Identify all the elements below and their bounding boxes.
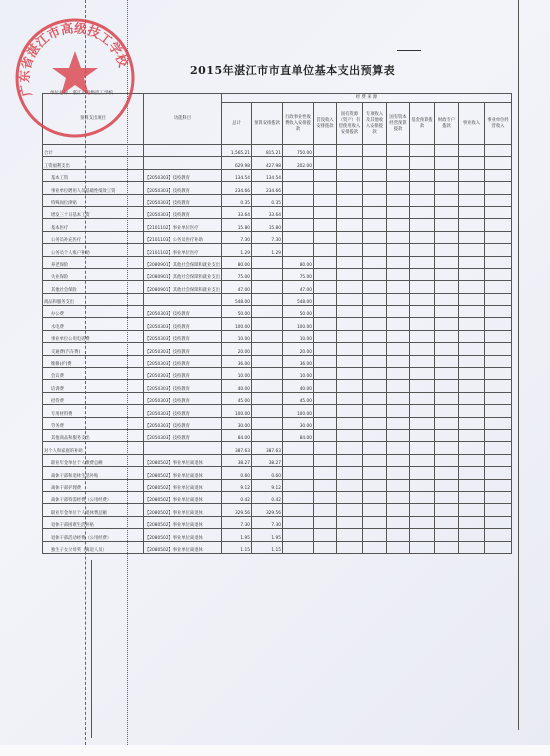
row-value <box>387 355 410 367</box>
row-value <box>252 429 283 441</box>
row-value: 134.54 <box>252 169 283 181</box>
row-value <box>363 405 387 417</box>
header-item: 预算支出项目 <box>43 94 144 145</box>
row-value <box>410 529 435 541</box>
row-item-label: 养老保险 <box>43 256 144 268</box>
row-value <box>314 442 337 454</box>
row-value <box>459 244 485 256</box>
row-value: 0.60 <box>222 467 252 479</box>
row-value: 10.00 <box>283 368 314 380</box>
row-value <box>410 256 435 268</box>
column-header: 财政专户拨款 <box>435 103 459 145</box>
table-row: 办公费【2050303】技校教育50.0050.00 <box>43 306 512 318</box>
table-row: 离休干部和退休生活补贴【2080502】事业单位离退休0.600.60 <box>43 467 512 479</box>
row-value <box>459 206 485 218</box>
row-value <box>410 516 435 528</box>
row-value: 9.12 <box>252 479 283 491</box>
row-value <box>435 479 459 491</box>
table-row: 合计1,565.21815.21750.00 <box>43 145 512 157</box>
row-value <box>387 219 410 231</box>
row-value <box>387 467 410 479</box>
table-row: 其他商品和服务支出【2050303】技校教育84.0084.00 <box>43 429 512 441</box>
row-value: 15.80 <box>252 219 283 231</box>
row-value: 1.15 <box>252 541 283 553</box>
row-item-label: 特殊岗位津贴 <box>43 194 144 206</box>
scan-margin <box>0 745 550 756</box>
row-value <box>410 219 435 231</box>
row-value <box>485 244 512 256</box>
row-value <box>459 169 485 181</box>
row-value: 234.66 <box>252 182 283 194</box>
row-function-code: 【2050303】技校教育 <box>144 417 222 429</box>
row-value: 387.63 <box>222 442 252 454</box>
row-value: 47.00 <box>222 281 252 293</box>
row-value: 38.27 <box>222 454 252 466</box>
row-value <box>337 194 363 206</box>
row-value <box>363 516 387 528</box>
row-value <box>485 306 512 318</box>
row-value <box>314 219 337 231</box>
row-value <box>363 157 387 169</box>
row-value <box>337 318 363 330</box>
row-value <box>337 268 363 280</box>
row-item-label: 会议费 <box>43 368 144 380</box>
row-value <box>252 417 283 429</box>
row-value: 7.30 <box>252 516 283 528</box>
row-value <box>283 219 314 231</box>
row-value: 329.56 <box>222 504 252 516</box>
row-value <box>459 454 485 466</box>
row-value: 80.00 <box>283 256 314 268</box>
row-value <box>337 244 363 256</box>
row-value <box>363 169 387 181</box>
row-item-label: 职业年金单位个人缴费总额 <box>43 454 144 466</box>
row-value <box>387 169 410 181</box>
row-value <box>459 491 485 503</box>
row-value <box>387 491 410 503</box>
row-function-code: 【2050303】技校教育 <box>144 306 222 318</box>
row-value <box>283 206 314 218</box>
row-function-code <box>144 157 222 169</box>
row-item-label: 退休干部困难生活补贴 <box>43 516 144 528</box>
row-value <box>314 368 337 380</box>
row-value <box>410 318 435 330</box>
row-value <box>252 330 283 342</box>
row-value <box>459 479 485 491</box>
column-header: 国有资源（资产）有偿使用收入安排拨款 <box>337 103 363 145</box>
row-value <box>410 442 435 454</box>
row-value: 30.00 <box>222 417 252 429</box>
row-value <box>459 157 485 169</box>
row-value <box>363 206 387 218</box>
row-item-label: 独生子女父母奖（离退人员） <box>43 541 144 553</box>
row-value <box>337 491 363 503</box>
row-value <box>410 231 435 243</box>
row-value <box>387 429 410 441</box>
row-value <box>459 368 485 380</box>
row-value <box>387 206 410 218</box>
row-value <box>337 529 363 541</box>
row-value <box>485 467 512 479</box>
row-value <box>363 479 387 491</box>
row-value <box>435 231 459 243</box>
row-function-code: 【2101102】事业单位医疗 <box>144 244 222 256</box>
row-value <box>485 529 512 541</box>
row-value <box>314 417 337 429</box>
row-value <box>363 244 387 256</box>
row-value <box>485 330 512 342</box>
row-item-label: 其他商品和服务支出 <box>43 429 144 441</box>
row-value <box>314 169 337 181</box>
row-value <box>387 380 410 392</box>
row-value <box>410 281 435 293</box>
row-value <box>363 491 387 503</box>
row-value: 629.98 <box>222 157 252 169</box>
row-item-label: 劳务费 <box>43 417 144 429</box>
row-value <box>435 145 459 157</box>
row-value: 20.00 <box>222 343 252 355</box>
row-value <box>410 504 435 516</box>
row-value <box>283 194 314 206</box>
row-value <box>435 318 459 330</box>
row-value: 40.00 <box>222 380 252 392</box>
table-row: 招待费【2050303】技校教育45.0045.00 <box>43 392 512 404</box>
row-value <box>283 244 314 256</box>
row-value <box>485 318 512 330</box>
row-item-label: 离休干部护理费 <box>43 479 144 491</box>
row-value <box>314 194 337 206</box>
row-value: 36.00 <box>222 355 252 367</box>
row-value <box>410 182 435 194</box>
row-value <box>387 281 410 293</box>
row-value: 100.00 <box>222 405 252 417</box>
row-value <box>435 392 459 404</box>
column-header: 罚没收入安排拨款 <box>314 103 337 145</box>
row-item-label: 其他社会保险 <box>43 281 144 293</box>
row-value <box>314 330 337 342</box>
row-value <box>459 392 485 404</box>
table-row: 养老保险【2080901】其他社会保障和就业支出80.0080.00 <box>43 256 512 268</box>
row-value <box>459 182 485 194</box>
table-row: 增发三十日基本工资【2050303】技校教育33.6433.64 <box>43 206 512 218</box>
row-value <box>435 442 459 454</box>
row-function-code <box>144 442 222 454</box>
row-value <box>485 343 512 355</box>
row-value <box>435 169 459 181</box>
row-value <box>435 380 459 392</box>
row-function-code: 【2050303】技校教育 <box>144 368 222 380</box>
row-value <box>252 392 283 404</box>
row-value <box>314 256 337 268</box>
row-value <box>485 429 512 441</box>
row-value: 7.30 <box>222 516 252 528</box>
row-value <box>459 231 485 243</box>
row-value <box>435 541 459 553</box>
table-row: 特殊岗位津贴【2050303】技校教育0.350.35 <box>43 194 512 206</box>
table-row: 离休干部特需经费（公用经费）【2080502】事业单位离退休0.420.42 <box>43 491 512 503</box>
row-value <box>363 392 387 404</box>
row-value: 33.64 <box>222 206 252 218</box>
row-value: 7.30 <box>252 231 283 243</box>
row-value <box>435 330 459 342</box>
row-value <box>459 293 485 305</box>
row-value <box>363 194 387 206</box>
row-value <box>435 504 459 516</box>
row-value <box>283 541 314 553</box>
row-value <box>410 330 435 342</box>
row-value <box>410 268 435 280</box>
row-value: 329.56 <box>252 504 283 516</box>
table-row: 独生子女父母奖（离退人员）【2080502】事业单位离退休1.151.15 <box>43 541 512 553</box>
row-value <box>410 417 435 429</box>
row-function-code: 【2050303】技校教育 <box>144 169 222 181</box>
row-function-code: 【2101102】事业单位医疗 <box>144 219 222 231</box>
row-function-code: 【2080502】事业单位离退休 <box>144 491 222 503</box>
row-value <box>410 405 435 417</box>
column-header: 行政事业性收费收入安排拨款 <box>283 103 314 145</box>
row-value <box>485 392 512 404</box>
row-value <box>485 268 512 280</box>
row-item-label: 基本医疗 <box>43 219 144 231</box>
row-value <box>410 368 435 380</box>
row-value <box>252 355 283 367</box>
row-value <box>459 318 485 330</box>
row-value: 0.35 <box>222 194 252 206</box>
column-header: 国有资本经营预算拨款 <box>387 103 410 145</box>
row-value <box>387 392 410 404</box>
row-value <box>314 504 337 516</box>
row-value <box>363 219 387 231</box>
table-row: 职业年金单位个人退休费总额【2080502】事业单位离退休329.56329.5… <box>43 504 512 516</box>
row-value: 47.00 <box>283 281 314 293</box>
row-value <box>363 355 387 367</box>
row-value: 75.00 <box>222 268 252 280</box>
row-value: 45.00 <box>283 392 314 404</box>
row-value <box>314 343 337 355</box>
budget-table: 预算支出项目 功能科目 经 费 来 源 总计预算安排拨款行政事业性收费收入安排拨… <box>42 93 512 554</box>
row-value <box>314 491 337 503</box>
column-header: 总计 <box>222 103 252 145</box>
row-value: 80.00 <box>222 256 252 268</box>
row-value <box>337 368 363 380</box>
row-value <box>314 293 337 305</box>
row-value <box>435 182 459 194</box>
row-value: 1.29 <box>252 244 283 256</box>
row-item-label: 离休干部特需经费（公用经费） <box>43 491 144 503</box>
row-value: 36.00 <box>283 355 314 367</box>
row-value <box>252 343 283 355</box>
row-value <box>459 256 485 268</box>
row-value <box>363 442 387 454</box>
row-value <box>337 206 363 218</box>
row-function-code: 【2050303】技校教育 <box>144 392 222 404</box>
row-value <box>435 194 459 206</box>
row-value <box>252 380 283 392</box>
row-value <box>485 504 512 516</box>
row-item-label: 专用材料费 <box>43 405 144 417</box>
row-value <box>337 355 363 367</box>
row-value <box>435 491 459 503</box>
row-value <box>387 244 410 256</box>
row-value: 1.15 <box>222 541 252 553</box>
row-value <box>485 368 512 380</box>
row-item-label: 维修(护)费 <box>43 355 144 367</box>
row-value <box>363 380 387 392</box>
row-value <box>410 306 435 318</box>
row-value <box>363 281 387 293</box>
row-value: 202.00 <box>283 157 314 169</box>
row-function-code: 【2050303】技校教育 <box>144 318 222 330</box>
row-function-code: 【2050303】技校教育 <box>144 182 222 194</box>
row-value: 234.66 <box>222 182 252 194</box>
table-row: 公务员个人账户补助【2101102】事业单位医疗1.291.29 <box>43 244 512 256</box>
row-value <box>485 219 512 231</box>
row-value <box>435 157 459 169</box>
row-value <box>459 194 485 206</box>
row-item-label: 事业单位公用电话费 <box>43 330 144 342</box>
row-function-code: 【2050303】技校教育 <box>144 343 222 355</box>
row-function-code: 【2080901】其他社会保障和就业支出 <box>144 281 222 293</box>
row-value <box>337 145 363 157</box>
row-item-label: 办公费 <box>43 306 144 318</box>
row-value <box>485 380 512 392</box>
row-item-label: 工资福利支出 <box>43 157 144 169</box>
row-value <box>485 293 512 305</box>
row-value <box>387 504 410 516</box>
row-value <box>314 318 337 330</box>
row-value: 33.64 <box>252 206 283 218</box>
row-value <box>387 318 410 330</box>
top-mark <box>397 50 421 51</box>
row-value <box>387 256 410 268</box>
row-value <box>435 343 459 355</box>
table-row: 商品和服务支出548.00548.00 <box>43 293 512 305</box>
row-value: 75.00 <box>283 268 314 280</box>
row-value <box>337 392 363 404</box>
row-value <box>337 219 363 231</box>
row-value <box>314 529 337 541</box>
row-value <box>387 529 410 541</box>
row-item-label: 增发三十日基本工资 <box>43 206 144 218</box>
row-value <box>314 244 337 256</box>
row-value <box>363 504 387 516</box>
row-value <box>459 529 485 541</box>
row-value: 134.54 <box>222 169 252 181</box>
row-value <box>252 306 283 318</box>
row-value <box>485 479 512 491</box>
table-row: 水电费【2050303】技校教育100.00100.00 <box>43 318 512 330</box>
row-value <box>387 368 410 380</box>
row-value <box>485 256 512 268</box>
row-value <box>387 442 410 454</box>
row-value <box>410 429 435 441</box>
row-item-label: 退休干部活动经费（公用经费） <box>43 529 144 541</box>
row-function-code <box>144 145 222 157</box>
row-value: 0.42 <box>252 491 283 503</box>
row-value <box>459 268 485 280</box>
row-value <box>314 541 337 553</box>
row-value: 0.42 <box>222 491 252 503</box>
column-header: 事业收入 <box>459 103 485 145</box>
row-value <box>337 157 363 169</box>
row-value: 815.21 <box>252 145 283 157</box>
row-value <box>459 380 485 392</box>
row-value: 387.63 <box>252 442 283 454</box>
row-value <box>337 417 363 429</box>
row-value <box>387 194 410 206</box>
table-row: 失业保险【2080901】其他社会保障和就业支出75.0075.00 <box>43 268 512 280</box>
row-value <box>485 231 512 243</box>
row-function-code: 【2050303】技校教育 <box>144 355 222 367</box>
row-value <box>410 145 435 157</box>
row-value: 20.00 <box>283 343 314 355</box>
row-value <box>337 231 363 243</box>
row-value <box>485 194 512 206</box>
table-row: 基本医疗【2101102】事业单位医疗15.8015.80 <box>43 219 512 231</box>
row-item-label: 对个人和家庭的补助 <box>43 442 144 454</box>
row-function-code: 【2050303】技校教育 <box>144 330 222 342</box>
column-header: 事业单位经营收入 <box>485 103 512 145</box>
row-value <box>387 293 410 305</box>
row-function-code: 【2080502】事业单位离退休 <box>144 454 222 466</box>
page-edge-line <box>518 0 519 730</box>
row-value <box>410 244 435 256</box>
row-value <box>337 306 363 318</box>
row-value <box>363 330 387 342</box>
row-item-label: 公务员补充医疗 <box>43 231 144 243</box>
row-value <box>410 343 435 355</box>
row-value <box>485 206 512 218</box>
row-value <box>387 516 410 528</box>
row-value: 84.00 <box>222 429 252 441</box>
row-value: 15.80 <box>222 219 252 231</box>
row-value <box>283 182 314 194</box>
row-value <box>459 405 485 417</box>
column-header: 预算安排拨款 <box>252 103 283 145</box>
row-value <box>283 491 314 503</box>
row-value <box>363 231 387 243</box>
row-value <box>283 231 314 243</box>
row-value <box>363 182 387 194</box>
row-value <box>363 306 387 318</box>
row-value <box>387 343 410 355</box>
row-value <box>337 256 363 268</box>
row-value <box>459 504 485 516</box>
row-value <box>410 479 435 491</box>
row-value <box>337 293 363 305</box>
row-value <box>459 343 485 355</box>
table-row: 基本工资【2050303】技校教育134.54134.54 <box>43 169 512 181</box>
row-value <box>363 467 387 479</box>
row-value <box>363 368 387 380</box>
row-value <box>252 318 283 330</box>
row-function-code: 【2080901】其他社会保障和就业支出 <box>144 256 222 268</box>
row-value: 548.00 <box>283 293 314 305</box>
row-function-code: 【2080502】事业单位离退休 <box>144 467 222 479</box>
row-value <box>252 405 283 417</box>
row-value <box>485 281 512 293</box>
row-value: 750.00 <box>283 145 314 157</box>
column-header: 基金预算拨款 <box>410 103 435 145</box>
row-value <box>459 306 485 318</box>
row-value <box>387 306 410 318</box>
row-function-code: 【2050303】技校教育 <box>144 405 222 417</box>
row-value <box>314 467 337 479</box>
table-row: 退休干部活动经费（公用经费）【2080502】事业单位离退休1.951.95 <box>43 529 512 541</box>
row-value <box>314 231 337 243</box>
row-value <box>435 268 459 280</box>
row-value <box>337 182 363 194</box>
